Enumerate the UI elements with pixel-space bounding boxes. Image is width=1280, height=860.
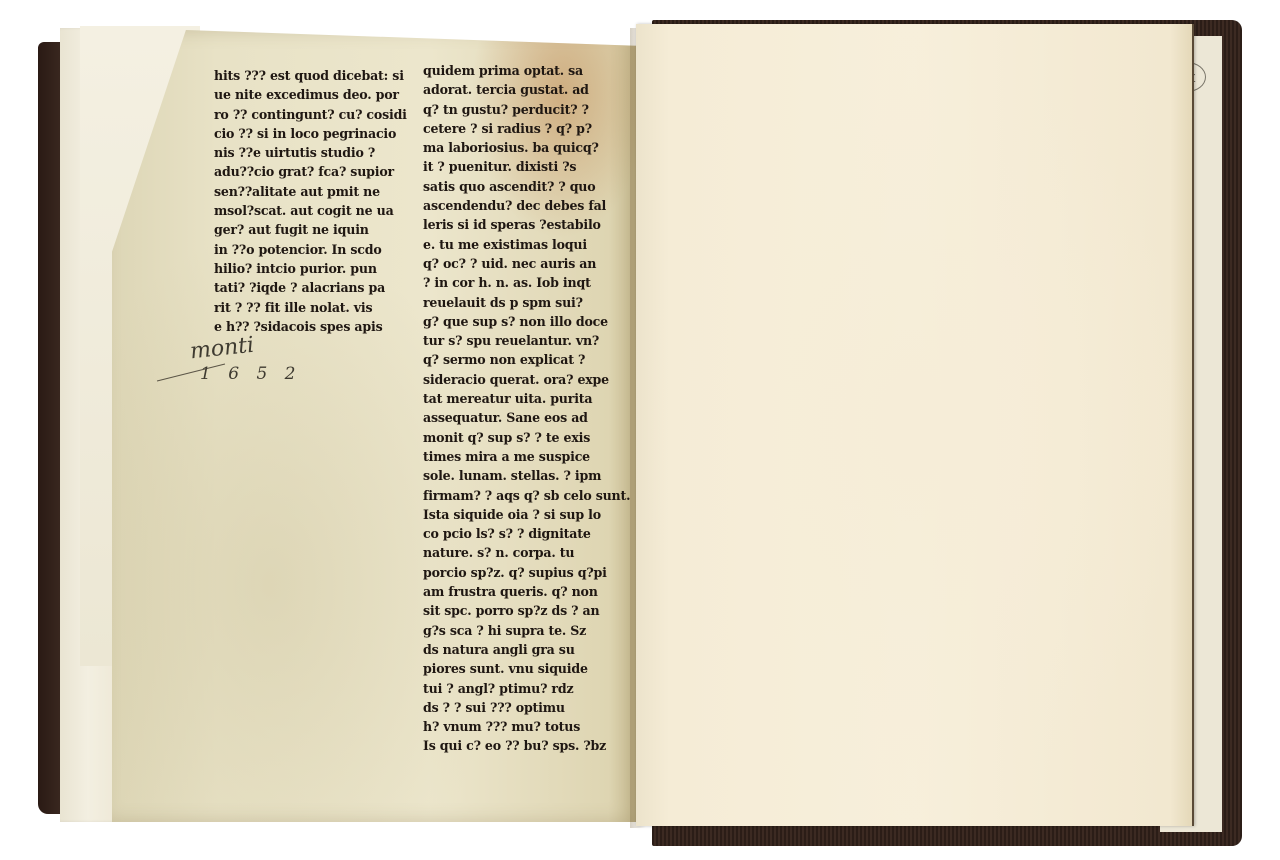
- text-column-b: quidem prima optat. saadorat. tercia gus…: [423, 61, 635, 756]
- manuscript-line: sit spc. porro sp?z ds ? an: [423, 601, 635, 620]
- manuscript-line: ascendendu? dec debes fal: [423, 196, 635, 215]
- manuscript-line: tat mereatur uita. purita: [423, 389, 635, 408]
- manuscript-line: nis ??e uirtutis studio ?: [214, 143, 414, 162]
- manuscript-line: tui ? angl? ptimu? rdz: [423, 679, 635, 698]
- manuscript-line: Ista siquide oia ? si sup lo: [423, 505, 635, 524]
- manuscript-line: nature. s? n. corpa. tu: [423, 543, 635, 562]
- manuscript-line: porcio sp?z. q? supius q?pi: [423, 563, 635, 582]
- manuscript-line: firmam? ? aqs q? sb celo sunt.: [423, 486, 635, 505]
- manuscript-line: h? vnum ??? mu? totus: [423, 717, 635, 736]
- manuscript-line: sideracio querat. ora? expe: [423, 370, 635, 389]
- manuscript-line: msol?scat. aut cogit ne ua: [214, 201, 414, 220]
- manuscript-line: ds ? ? sui ??? optimu: [423, 698, 635, 717]
- manuscript-line: ma laboriosius. ba quicq?: [423, 138, 635, 157]
- manuscript-line: satis quo ascendit? ? quo: [423, 177, 635, 196]
- manuscript-line: hilio? intcio purior. pun: [214, 259, 414, 278]
- manuscript-line: cetere ? si radius ? q? p?: [423, 119, 635, 138]
- manuscript-line: g?s sca ? hi supra te. Sz: [423, 621, 635, 640]
- annotation-year: 1 6 5 2: [200, 364, 301, 384]
- manuscript-line: q? tn gustu? perducit? ?: [423, 100, 635, 119]
- manuscript-line: Is qui c? eo ?? bu? sps. ?bz: [423, 736, 635, 755]
- text-column-a: hits ??? est quod dicebat: siue nite exc…: [214, 66, 414, 336]
- manuscript-line: co pcio ls? s? ? dignitate: [423, 524, 635, 543]
- manuscript-line: cio ?? si in loco pegrinacio: [214, 124, 414, 143]
- manuscript-line: rit ? ?? fit ille nolat. vis: [214, 298, 414, 317]
- manuscript-line: ue nite excedimus deo. por: [214, 85, 414, 104]
- manuscript-line: ds natura angli gra su: [423, 640, 635, 659]
- manuscript-line: hits ??? est quod dicebat: si: [214, 66, 414, 85]
- manuscript-line: times mira a me suspice: [423, 447, 635, 466]
- manuscript-line: adu??cio grat? fca? supior: [214, 162, 414, 181]
- manuscript-line: q? sermo non explicat ?: [423, 350, 635, 369]
- manuscript-line: am frustra queris. q? non: [423, 582, 635, 601]
- manuscript-line: leris si id speras ?estabilo: [423, 215, 635, 234]
- manuscript-line: ro ?? contingunt? cu? cosidi: [214, 105, 414, 124]
- manuscript-line: it ? puenitur. dixisti ?s: [423, 157, 635, 176]
- manuscript-line: tati? ?iqde ? alacrians pa: [214, 278, 414, 297]
- manuscript-line: piores sunt. vnu siquide: [423, 659, 635, 678]
- manuscript-line: sen??alitate aut pmit ne: [214, 182, 414, 201]
- manuscript-line: assequatur. Sane eos ad: [423, 408, 635, 427]
- manuscript-line: adorat. tercia gustat. ad: [423, 80, 635, 99]
- manuscript-line: ger? aut fugit ne iquin: [214, 220, 414, 239]
- manuscript-line: sole. lunam. stellas. ? ipm: [423, 466, 635, 485]
- manuscript-line: in ??o potencior. In scdo: [214, 240, 414, 259]
- manuscript-line: monit q? sup s? ? te exis: [423, 428, 635, 447]
- manuscript-line: ? in cor h. n. as. Iob inqt: [423, 273, 635, 292]
- manuscript-line: reuelauit ds p spm sui?: [423, 293, 635, 312]
- open-book: ok hits ??? est quod dicebat: siue nite …: [0, 0, 1280, 860]
- manuscript-line: e. tu me existimas loqui: [423, 235, 635, 254]
- paper-page-right: [636, 24, 1194, 826]
- manuscript-line: g? que sup s? non illo doce: [423, 312, 635, 331]
- manuscript-line: q? oc? ? uid. nec auris an: [423, 254, 635, 273]
- manuscript-line: quidem prima optat. sa: [423, 61, 635, 80]
- manuscript-line: tur s? spu reuelantur. vn?: [423, 331, 635, 350]
